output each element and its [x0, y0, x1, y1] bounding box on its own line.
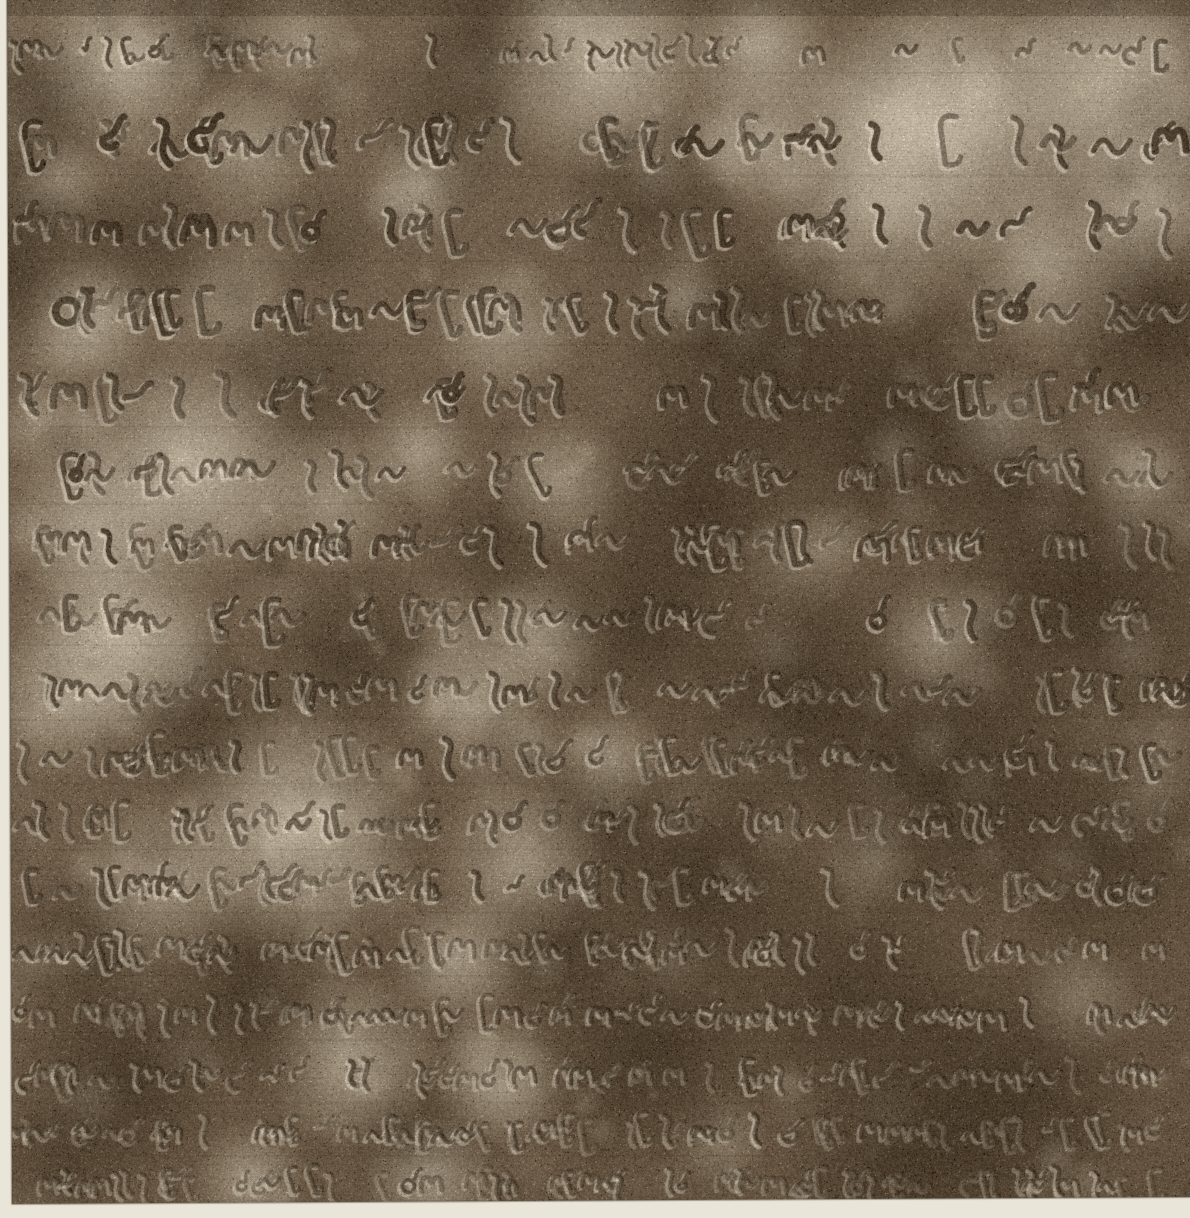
scanned-page	[0, 0, 1190, 1218]
inscription-photograph	[0, 0, 1190, 1218]
inscription-canvas	[0, 0, 1190, 1218]
